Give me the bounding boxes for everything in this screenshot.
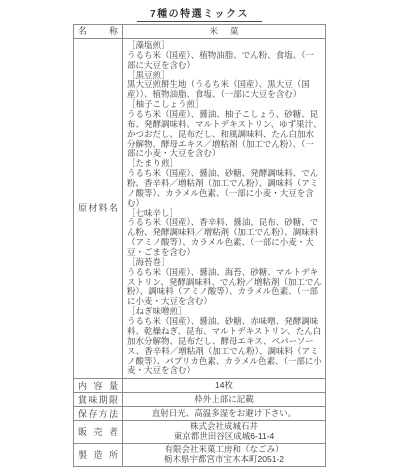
row-amount-label: 内容量 (74, 379, 123, 393)
ingredient-section: ［たまり煎］ うるち米（国産）、醤油、砂糖、発酵調味料、でん粉、香辛料／増粘剤（… (127, 159, 322, 208)
spec-table: 名称 米菓 原材料名 ［藻塩煎］ うるち米（国産）、植物油脂、でん粉、食塩、（一… (73, 24, 326, 467)
factory-address: 栃木県宇都宮市宝木本町2051-2 (126, 455, 322, 465)
ingredient-section: ［七味辛し］ うるち米（国産）、香辛料、醤油、昆布、砂糖、でん粉、発酵調味料／増… (127, 209, 322, 258)
section-text: うるち米（国産）、香辛料、醤油、昆布、砂糖、でん粉、発酵調味料／増粘剤（加工でん… (127, 218, 322, 257)
row-seller: 販売者 株式会社成城石井 東京都世田谷区成城6-11-4 (74, 421, 326, 444)
row-name: 名称 米菓 (74, 25, 326, 39)
ingredient-section: ［柚子こしょう煎］ うるち米（国産）、醤油、柚子こしょう、砂糖、昆布、発酵調味料… (127, 100, 322, 159)
ingredient-section: ［藻塩煎］ うるち米（国産）、植物油脂、でん粉、食塩、（一部に大豆を含む） (127, 41, 322, 71)
ingredient-section: ［海苔巻］ うるち米（国産）、醤油、海苔、砂糖、マルトデキストリン、発酵調味料、… (127, 258, 322, 307)
row-storage-label: 保存方法 (74, 407, 123, 421)
section-text: 黒大豆煎餅生地（うるち米（国産）、黒大豆（国産））、植物油脂、食塩、（一部に大豆… (127, 80, 322, 100)
product-title: 7種の特選ミックス (137, 5, 262, 22)
seller-address: 東京都世田谷区成城6-11-4 (126, 432, 322, 442)
row-name-value: 米菓 (123, 25, 326, 39)
section-text: うるち米（国産）、醤油、海苔、砂糖、マルトデキストリン、発酵調味料、でん粉／増粘… (127, 268, 322, 307)
row-amount-value: 14枚 (123, 379, 326, 393)
row-name-label: 名称 (74, 25, 123, 39)
title-row: 7種の特選ミックス (73, 4, 326, 22)
row-storage: 保存方法 直射日光、高温多湿をお避け下さい。 (74, 407, 326, 421)
section-text: うるち米（国産）、醤油、柚子こしょう、砂糖、昆布、発酵調味料、マルトデキストリン… (127, 110, 322, 159)
row-seller-value: 株式会社成城石井 東京都世田谷区成城6-11-4 (123, 421, 326, 444)
ingredients-list: ［藻塩煎］ うるち米（国産）、植物油脂、でん粉、食塩、（一部に大豆を含む） ［黒… (123, 39, 326, 379)
row-seller-label: 販売者 (74, 421, 123, 444)
row-factory: 製造所 有限会社米菓工房和（なごみ） 栃木県宇都宮市宝木本町2051-2 (74, 443, 326, 466)
row-amount: 内容量 14枚 (74, 379, 326, 393)
ingredient-section: ［黒豆煎］ 黒大豆煎餅生地（うるち米（国産）、黒大豆（国産））、植物油脂、食塩、… (127, 71, 322, 101)
row-factory-label: 製造所 (74, 443, 123, 466)
section-text: うるち米（国産）、醤油、砂糖、発酵調味料、でん粉、香辛料／増粘剤（加工でん粉）、… (127, 169, 322, 208)
row-expiry-label: 賞味期限 (74, 393, 123, 407)
row-ingredients-label: 原材料名 (74, 39, 123, 379)
row-storage-value: 直射日光、高温多湿をお避け下さい。 (123, 407, 326, 421)
row-ingredients: 原材料名 ［藻塩煎］ うるち米（国産）、植物油脂、でん粉、食塩、（一部に大豆を含… (74, 39, 326, 379)
row-expiry-value: 枠外上部に記載 (123, 393, 326, 407)
section-text: うるち米（国産）、醤油、砂糖、赤味噌、発酵調味料、乾燥ねぎ、昆布、マルトデキスト… (127, 317, 322, 376)
section-text: うるち米（国産）、植物油脂、でん粉、食塩、（一部に大豆を含む） (127, 51, 322, 71)
ingredient-section: ［ねぎ味噌煎］ うるち米（国産）、醤油、砂糖、赤味噌、発酵調味料、乾燥ねぎ、昆布… (127, 307, 322, 376)
food-label-sheet: 7種の特選ミックス 名称 米菓 原材料名 ［藻塩煎］ うるち米（国産）、植物油脂… (73, 4, 326, 467)
row-factory-value: 有限会社米菓工房和（なごみ） 栃木県宇都宮市宝木本町2051-2 (123, 443, 326, 466)
